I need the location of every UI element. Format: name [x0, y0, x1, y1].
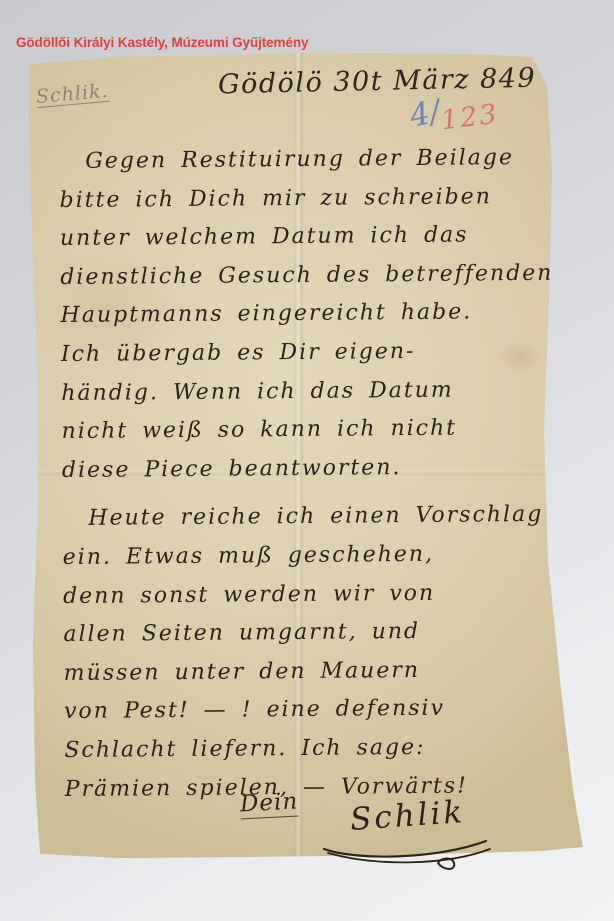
letter-closing: Dein — [239, 788, 299, 819]
handwriting-line: nicht weiß so kann ich nicht — [61, 409, 531, 452]
handwriting-line: allen Seiten umgarnt, und — [63, 612, 533, 655]
handwriting-line: ein. Etwas muß geschehen, — [63, 535, 533, 578]
letter-paragraph: Heute reiche ich einen Vorschlagein. Etw… — [62, 496, 535, 809]
signature-flourish — [318, 833, 498, 875]
handwriting-line: händig. Wenn ich das Datum — [61, 371, 531, 414]
handwriting-line: Gegen Restituirung der Beilage — [59, 139, 529, 182]
handwriting-line: unter welchem Datum ich das — [60, 216, 530, 259]
handwriting-line: von Pest! — ! eine defensiv — [64, 689, 534, 732]
handwriting-line: bitte ich Dich mir zu schreiben — [59, 178, 529, 221]
handwriting-line: diese Piece beantworten. — [62, 448, 532, 491]
handwriting-line: denn sonst werden wir von — [63, 573, 533, 616]
handwriting-line: Ich übergab es Dir eigen- — [61, 332, 531, 375]
handwriting-line: dienstliche Gesuch des betreffenden — [60, 255, 530, 298]
handwriting-line: Hauptmanns eingereicht habe. — [60, 293, 530, 336]
handwriting-line: Heute reiche ich einen Vorschlag — [62, 496, 532, 539]
photo-of-letter: Gödöllői Királyi Kastély, Múzeumi Gyűjte… — [0, 0, 614, 921]
letter-paragraph: Gegen Restituirung der Beilagebitte ich … — [59, 139, 532, 490]
handwriting-line: müssen unter den Mauern — [64, 651, 534, 694]
collection-watermark-label: Gödöllői Királyi Kastély, Múzeumi Gyűjte… — [16, 35, 308, 50]
handwriting-line: Schlacht liefern. Ich sage: — [64, 728, 534, 771]
letter-body: Gegen Restituirung der Beilagebitte ich … — [59, 139, 535, 809]
